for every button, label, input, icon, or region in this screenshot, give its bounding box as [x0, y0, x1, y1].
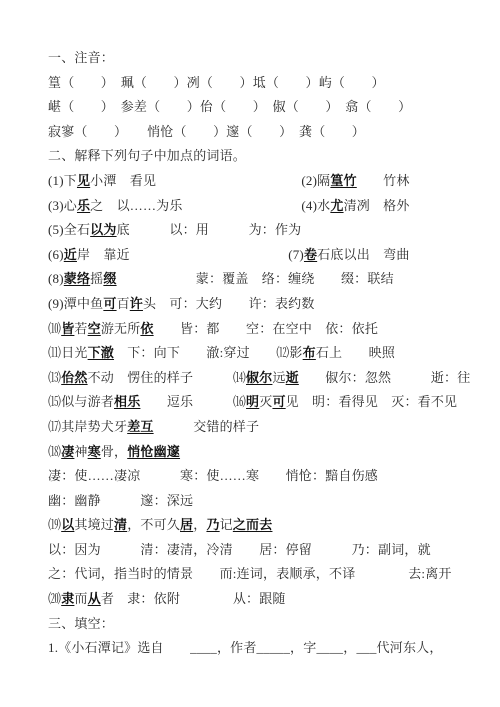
emphasized-text-run: 寒 — [88, 444, 101, 459]
item-18-notes-2: 幽：幽静 邃：深远 — [48, 489, 490, 514]
text-run: ⒀ — [48, 370, 61, 385]
text-run: 骨， — [101, 444, 127, 459]
text-run: 篁（ ） 珮（ ）冽（ ）坻（ ）屿（ ） — [48, 75, 385, 90]
emphasized-text-run: 清 — [114, 517, 127, 532]
text-run: 记 — [220, 517, 233, 532]
text-run: 1.《小石潭记》选自 ____，作者_____，字____，___代河东人， — [48, 640, 443, 655]
text-run: 二、解释下列句子中加点的词语。 — [48, 148, 246, 163]
text-run: 不动 愣住的样子 — [88, 370, 194, 385]
text-run: 远 — [272, 370, 285, 385]
text-run: ⑾日光 — [48, 345, 88, 360]
zhuyin-line-3: 寂寥（ ） 悄怆（ ）邃（ ） 龚（ ） — [48, 120, 490, 145]
text-run: 清冽 格外 — [344, 198, 410, 213]
text-run: ⒃ — [233, 394, 246, 409]
emphasized-text-run: 许 — [130, 296, 143, 311]
text-run: 交错的样子 — [154, 419, 260, 434]
text-run: 神 — [74, 444, 87, 459]
item-20: ⒇隶而从者 隶：依附 从：跟随 — [48, 587, 490, 612]
emphasized-text-run: 相乐 — [114, 394, 140, 409]
emphasized-text-run: 居 — [180, 517, 193, 532]
emphasized-text-run: 凄 — [61, 444, 74, 459]
text-run: (3)心 — [48, 198, 77, 213]
text-run: (7) — [288, 247, 304, 262]
text-run: 皆：都 空：在空中 依：依托 — [154, 321, 378, 336]
fill-blank-question-1: 1.《小石潭记》选自 ____，作者_____，字____，___代河东人， — [48, 636, 490, 661]
document-body: 一、注音：篁（ ） 珮（ ）冽（ ）坻（ ）屿（ ）嵁（ ） 参差（ ）佁（ ）… — [48, 46, 490, 661]
text-run: ⒅ — [48, 444, 61, 459]
emphasized-text-run: 下澈 — [88, 345, 114, 360]
emphasized-text-run: 以 — [61, 517, 74, 532]
emphasized-text-run: 隶 — [61, 591, 74, 606]
text-run: 幽：幽静 邃：深远 — [48, 493, 193, 508]
text-run: 小潭 看见 — [90, 173, 156, 188]
worksheet-page: 一、注音：篁（ ） 珮（ ）冽（ ）坻（ ）屿（ ）嵁（ ） 参差（ ）佁（ ）… — [0, 0, 500, 707]
text-run: 者 隶：依附 从：跟随 — [101, 591, 286, 606]
text-run: 之 以……为乐 — [90, 198, 182, 213]
text-run: 竹林 — [357, 173, 410, 188]
text-run: 逗乐 — [140, 394, 193, 409]
emphasized-text-run: 可 — [103, 296, 116, 311]
text-run: 石底以出 弯曲 — [317, 247, 409, 262]
text-run: (1)下 — [48, 173, 77, 188]
item-18: ⒅凄神寒骨，悄怆幽邃 — [48, 440, 490, 465]
emphasized-text-run: 以为 — [90, 222, 116, 237]
item-6-7: (6)近岸 靠近 (7)卷石底以出 弯曲 — [48, 243, 490, 268]
text-run: 若 — [74, 321, 87, 336]
text-run: 其境过 — [74, 517, 114, 532]
emphasized-text-run: 逝 — [286, 370, 299, 385]
text-run: ⒂似与游者 — [48, 394, 114, 409]
text-run: (8) — [48, 271, 64, 286]
emphasized-text-run: 从 — [88, 591, 101, 606]
emphasized-text-run: 尤 — [330, 198, 343, 213]
text-run: 一、注音： — [48, 50, 114, 65]
emphasized-text-run: 蒙络 — [64, 271, 90, 286]
item-8: (8)蒙络摇缀 蒙：覆盖 络：缠绕 缀：联结 — [48, 267, 490, 292]
item-13-14: ⒀佁然不动 愣住的样子 ⒁俶尔远逝 俶尔：忽然 逝：往 — [48, 366, 490, 391]
text-run: ⒇ — [48, 591, 61, 606]
item-19-notes-2: 之：代词，指当时的情景 而:连词，表顺承，不译 去:离开 — [48, 562, 490, 587]
text-run: 灭 — [259, 394, 272, 409]
item-17: ⒄其岸势犬牙差互 交错的样子 — [48, 415, 490, 440]
emphasized-text-run: 悄怆幽邃 — [127, 444, 180, 459]
text-run: 寂寥（ ） 悄怆（ ）邃（ ） 龚（ ） — [48, 124, 365, 139]
emphasized-text-run: 差互 — [127, 419, 153, 434]
text-run: (2)隔 — [301, 173, 330, 188]
emphasized-text-run: 俶尔 — [246, 370, 272, 385]
text-run: (9)潭中鱼 — [48, 296, 103, 311]
text-run — [156, 173, 301, 188]
item-5: (5)全石以为底 以：用 为：作为 — [48, 218, 490, 243]
emphasized-text-run: 乃 — [206, 517, 219, 532]
text-run — [193, 370, 233, 385]
item-1-2: (1)下见小潭 看见 (2)隔篁竹 竹林 — [48, 169, 490, 194]
emphasized-text-run: 佁然 — [61, 370, 87, 385]
text-run: 岸 靠近 — [77, 247, 130, 262]
emphasized-text-run: 篁竹 — [330, 173, 356, 188]
text-run: 底 以：用 为：作为 — [117, 222, 302, 237]
emphasized-text-run: 空 — [88, 321, 101, 336]
text-run: ， — [193, 517, 206, 532]
text-run: 下：向下 澈:穿过 ⑿影 — [114, 345, 303, 360]
text-run: ⑽ — [48, 321, 61, 336]
text-run: 头 可：大约 许：表约数 — [143, 296, 315, 311]
emphasized-text-run: 可 — [272, 394, 285, 409]
text-run: (6) — [48, 247, 64, 262]
emphasized-text-run: 皆 — [61, 321, 74, 336]
text-run: ⒄其岸势犬牙 — [48, 419, 127, 434]
text-run — [183, 198, 302, 213]
text-run — [193, 394, 233, 409]
section-one-heading: 一、注音： — [48, 46, 490, 71]
text-run: 见 明：看得见 灭：看不见 — [286, 394, 458, 409]
text-run: 以：因为 清：凄清，冷清 居：停留 乃：副词，就 — [48, 542, 431, 557]
text-run: 凄：使……凄凉 寒：使……寒 悄怆：黯自伤感 — [48, 468, 378, 483]
emphasized-text-run: 见 — [77, 173, 90, 188]
item-19-notes-1: 以：因为 清：凄清，冷清 居：停留 乃：副词，就 — [48, 538, 490, 563]
item-18-notes-1: 凄：使……凄凉 寒：使……寒 悄怆：黯自伤感 — [48, 464, 490, 489]
text-run: (4)水 — [301, 198, 330, 213]
zhuyin-line-1: 篁（ ） 珮（ ）冽（ ）坻（ ）屿（ ） — [48, 71, 490, 96]
text-run: 摇 — [90, 271, 103, 286]
text-run: ⒁ — [233, 370, 246, 385]
text-run: 三、填空： — [48, 616, 114, 631]
emphasized-text-run: 之而去 — [233, 517, 273, 532]
section-three-heading: 三、填空： — [48, 612, 490, 637]
text-run: 之：代词，指当时的情景 而:连词，表顺承，不译 去:离开 — [48, 566, 452, 581]
text-run: 俶尔：忽然 逝：往 — [299, 370, 471, 385]
text-run: 蒙：覆盖 络：缠绕 缀：联结 — [117, 271, 394, 286]
emphasized-text-run: 明 — [246, 394, 259, 409]
text-run: 游无所 — [101, 321, 141, 336]
text-run: 百 — [117, 296, 130, 311]
text-run: ⒆ — [48, 517, 61, 532]
item-15-16: ⒂似与游者相乐 逗乐 ⒃明灭可见 明：看得见 灭：看不见 — [48, 390, 490, 415]
item-11-12: ⑾日光下澈 下：向下 澈:穿过 ⑿影布石上 映照 — [48, 341, 490, 366]
text-run: 而 — [74, 591, 87, 606]
text-run: 石上 映照 — [316, 345, 395, 360]
emphasized-text-run: 乐 — [77, 198, 90, 213]
item-19: ⒆以其境过清，不可久居，乃记之而去 — [48, 513, 490, 538]
emphasized-text-run: 卷 — [304, 247, 317, 262]
item-9: (9)潭中鱼可百许头 可：大约 许：表约数 — [48, 292, 490, 317]
emphasized-text-run: 缀 — [103, 271, 116, 286]
zhuyin-line-2: 嵁（ ） 参差（ ）佁（ ） 俶（ ） 翕（ ） — [48, 95, 490, 120]
text-run: 嵁（ ） 参差（ ）佁（ ） 俶（ ） 翕（ ） — [48, 99, 411, 114]
emphasized-text-run: 依 — [140, 321, 153, 336]
item-10: ⑽皆若空游无所依 皆：都 空：在空中 依：依托 — [48, 317, 490, 342]
emphasized-text-run: 近 — [64, 247, 77, 262]
emphasized-text-run: 布 — [303, 345, 316, 360]
section-two-heading: 二、解释下列句子中加点的词语。 — [48, 144, 490, 169]
item-3-4: (3)心乐之 以……为乐 (4)水尤清冽 格外 — [48, 194, 490, 219]
text-run: (5)全石 — [48, 222, 90, 237]
text-run — [130, 247, 288, 262]
text-run: ，不可久 — [127, 517, 180, 532]
